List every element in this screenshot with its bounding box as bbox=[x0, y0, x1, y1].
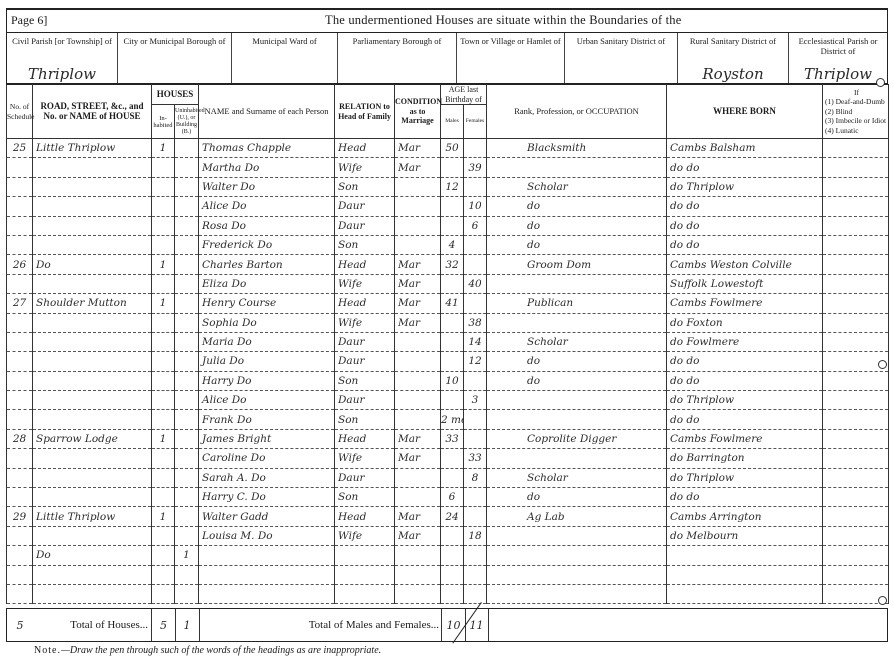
uninhabited-cell bbox=[175, 216, 199, 235]
infirmity-cell bbox=[823, 449, 889, 468]
name-cell: Frederick Do bbox=[199, 235, 335, 254]
name-cell: Walter Gadd bbox=[199, 507, 335, 526]
table-row: Eliza DoWifeMar40Suffolk Lowestoft bbox=[7, 274, 889, 293]
female-age-cell bbox=[464, 488, 487, 507]
occupation-cell: Publican bbox=[487, 294, 667, 313]
male-age-cell bbox=[441, 197, 464, 216]
infirmity-cell bbox=[823, 294, 889, 313]
inhabited-cell bbox=[152, 488, 175, 507]
page-header: Page 6] The undermentioned Houses are si… bbox=[6, 8, 888, 32]
relation-cell: Son bbox=[335, 410, 395, 429]
area-municipal-borough: City or Municipal Borough of bbox=[118, 33, 232, 83]
schedule-cell bbox=[7, 488, 33, 507]
note-prefix: Note. bbox=[34, 645, 61, 656]
male-age-cell bbox=[441, 526, 464, 545]
road-cell bbox=[33, 565, 152, 584]
infirmity-cell bbox=[823, 391, 889, 410]
relation-cell: Head bbox=[335, 139, 395, 158]
occupation-cell: Scholar bbox=[487, 332, 667, 351]
female-age-cell bbox=[464, 584, 487, 603]
inhabited-cell bbox=[152, 449, 175, 468]
schedule-cell bbox=[7, 313, 33, 332]
relation-cell: Wife bbox=[335, 449, 395, 468]
uninhabited-cell bbox=[175, 294, 199, 313]
male-age-cell bbox=[441, 352, 464, 371]
where-born-cell: Cambs Fowlmere bbox=[667, 429, 823, 448]
col-houses: HOUSES bbox=[152, 85, 199, 105]
occupation-cell: Scholar bbox=[487, 177, 667, 196]
female-age-cell: 40 bbox=[464, 274, 487, 293]
infirmity-cell bbox=[823, 332, 889, 351]
road-cell: Sparrow Lodge bbox=[33, 429, 152, 448]
occupation-cell bbox=[487, 546, 667, 565]
schedule-cell bbox=[7, 158, 33, 177]
uninhabited-cell bbox=[175, 235, 199, 254]
male-age-cell bbox=[441, 332, 464, 351]
infirmity-option: (2) Blind bbox=[825, 107, 888, 117]
table-row: Rosa DoDaur6dodo do bbox=[7, 216, 889, 235]
occupation-cell: do bbox=[487, 235, 667, 254]
schedule-cell: 25 bbox=[7, 139, 33, 158]
male-age-cell bbox=[441, 468, 464, 487]
condition-cell: Mar bbox=[395, 526, 441, 545]
name-cell: Caroline Do bbox=[199, 449, 335, 468]
total-schedules: 5 bbox=[7, 609, 33, 641]
condition-cell bbox=[395, 584, 441, 603]
condition-cell bbox=[395, 352, 441, 371]
male-age-cell bbox=[441, 565, 464, 584]
female-age-cell bbox=[464, 177, 487, 196]
male-age-cell bbox=[441, 449, 464, 468]
footnote: Note.—Draw the pen through such of the w… bbox=[34, 645, 381, 656]
name-cell bbox=[199, 546, 335, 565]
road-cell: Do bbox=[33, 255, 152, 274]
name-cell: Julia Do bbox=[199, 352, 335, 371]
col-condition: CONDITION as to Marriage bbox=[395, 85, 441, 139]
table-row: Alice DoDaur3do Thriplow bbox=[7, 391, 889, 410]
relation-cell: Wife bbox=[335, 313, 395, 332]
inhabited-cell bbox=[152, 313, 175, 332]
occupation-cell: do bbox=[487, 197, 667, 216]
inhabited-cell bbox=[152, 197, 175, 216]
where-born-cell bbox=[667, 546, 823, 565]
relation-cell: Wife bbox=[335, 274, 395, 293]
female-age-cell: 33 bbox=[464, 449, 487, 468]
relation-cell: Son bbox=[335, 371, 395, 390]
infirmity-option: (4) Lunatic bbox=[825, 126, 888, 136]
inhabited-cell bbox=[152, 410, 175, 429]
infirmity-cell bbox=[823, 255, 889, 274]
schedule-cell bbox=[7, 584, 33, 603]
road-cell bbox=[33, 526, 152, 545]
relation-cell: Wife bbox=[335, 526, 395, 545]
area-label: Rural Sanitary District of bbox=[678, 36, 788, 46]
col-inhabited: In-habited bbox=[152, 105, 175, 139]
occupation-cell bbox=[487, 565, 667, 584]
schedule-cell bbox=[7, 197, 33, 216]
female-age-cell bbox=[464, 429, 487, 448]
male-age-cell: 50 bbox=[441, 139, 464, 158]
male-age-cell: 4 bbox=[441, 235, 464, 254]
road-cell bbox=[33, 352, 152, 371]
road-cell bbox=[33, 410, 152, 429]
road-cell bbox=[33, 197, 152, 216]
uninhabited-cell bbox=[175, 488, 199, 507]
uninhabited-cell bbox=[175, 468, 199, 487]
col-uninhabited: Uninhabited (U.), or Building (B.) bbox=[175, 105, 199, 139]
road-cell bbox=[33, 216, 152, 235]
infirmity-cell bbox=[823, 197, 889, 216]
area-label: Ecclesiastical Parish or District of bbox=[789, 36, 887, 56]
occupation-cell bbox=[487, 410, 667, 429]
occupation-cell: do bbox=[487, 371, 667, 390]
male-age-cell: 2 mo bbox=[441, 410, 464, 429]
road-cell: Little Thriplow bbox=[33, 139, 152, 158]
occupation-cell bbox=[487, 526, 667, 545]
inhabited-cell: 1 bbox=[152, 507, 175, 526]
condition-cell: Mar bbox=[395, 274, 441, 293]
where-born-cell: Cambs Weston Colville bbox=[667, 255, 823, 274]
road-cell bbox=[33, 584, 152, 603]
condition-cell bbox=[395, 488, 441, 507]
female-age-cell: 10 bbox=[464, 197, 487, 216]
name-cell: James Bright bbox=[199, 429, 335, 448]
col-schedule: No. of Schedule bbox=[7, 85, 33, 139]
inhabited-cell bbox=[152, 158, 175, 177]
area-municipal-ward: Municipal Ward of bbox=[232, 33, 338, 83]
table-row: Frank DoSon2 modo do bbox=[7, 410, 889, 429]
uninhabited-cell bbox=[175, 177, 199, 196]
occupation-cell bbox=[487, 584, 667, 603]
schedule-cell bbox=[7, 235, 33, 254]
infirmity-cell bbox=[823, 565, 889, 584]
infirmity-cell bbox=[823, 507, 889, 526]
table-row: 27Shoulder Mutton1Henry CourseHeadMar41P… bbox=[7, 294, 889, 313]
infirmity-cell bbox=[823, 429, 889, 448]
name-cell bbox=[199, 584, 335, 603]
road-cell: Do bbox=[33, 546, 152, 565]
area-ecclesiastical-parish: Ecclesiastical Parish or District of Thr… bbox=[789, 33, 887, 83]
relation-cell bbox=[335, 565, 395, 584]
condition-cell: Mar bbox=[395, 507, 441, 526]
uninhabited-cell bbox=[175, 507, 199, 526]
col-relation: RELATION to Head of Family bbox=[335, 85, 395, 139]
relation-cell bbox=[335, 546, 395, 565]
table-row: 25Little Thriplow1Thomas ChappleHeadMar5… bbox=[7, 139, 889, 158]
schedule-cell bbox=[7, 332, 33, 351]
female-age-cell bbox=[464, 139, 487, 158]
where-born-cell: do Thriplow bbox=[667, 468, 823, 487]
condition-cell: Mar bbox=[395, 313, 441, 332]
infirmity-option: (3) Imbecile or Idiot bbox=[825, 116, 888, 126]
female-age-cell: 3 bbox=[464, 391, 487, 410]
female-age-cell bbox=[464, 235, 487, 254]
where-born-cell: do Foxton bbox=[667, 313, 823, 332]
table-row: 29Little Thriplow1Walter GaddHeadMar24Ag… bbox=[7, 507, 889, 526]
relation-cell: Daur bbox=[335, 216, 395, 235]
total-females: 11 bbox=[465, 609, 489, 641]
col-males: Males bbox=[441, 105, 464, 139]
condition-cell bbox=[395, 332, 441, 351]
relation-cell: Daur bbox=[335, 352, 395, 371]
area-rural-sanitary: Rural Sanitary District of Royston bbox=[678, 33, 789, 83]
area-value: Thriplow bbox=[7, 69, 117, 79]
total-inhabited: 5 bbox=[152, 609, 176, 641]
male-age-cell bbox=[441, 274, 464, 293]
where-born-cell: Cambs Fowlmere bbox=[667, 294, 823, 313]
relation-cell: Wife bbox=[335, 158, 395, 177]
male-age-cell: 32 bbox=[441, 255, 464, 274]
schedule-cell bbox=[7, 177, 33, 196]
schedule-cell bbox=[7, 565, 33, 584]
condition-cell: Mar bbox=[395, 139, 441, 158]
uninhabited-cell bbox=[175, 429, 199, 448]
uninhabited-cell bbox=[175, 352, 199, 371]
where-born-cell: do do bbox=[667, 216, 823, 235]
occupation-cell bbox=[487, 158, 667, 177]
condition-cell: Mar bbox=[395, 429, 441, 448]
condition-cell bbox=[395, 371, 441, 390]
inhabited-cell bbox=[152, 546, 175, 565]
area-label: Parliamentary Borough of bbox=[338, 36, 456, 46]
inhabited-cell bbox=[152, 352, 175, 371]
female-age-cell: 6 bbox=[464, 216, 487, 235]
name-cell: Martha Do bbox=[199, 158, 335, 177]
road-cell bbox=[33, 488, 152, 507]
infirmity-cell bbox=[823, 313, 889, 332]
female-age-cell: 38 bbox=[464, 313, 487, 332]
road-cell bbox=[33, 332, 152, 351]
inhabited-cell bbox=[152, 274, 175, 293]
relation-cell: Son bbox=[335, 488, 395, 507]
table-row: Julia DoDaur12dodo do bbox=[7, 352, 889, 371]
table-row: Harry C. DoSon6dodo do bbox=[7, 488, 889, 507]
name-cell: Louisa M. Do bbox=[199, 526, 335, 545]
inhabited-cell: 1 bbox=[152, 294, 175, 313]
inhabited-cell: 1 bbox=[152, 255, 175, 274]
area-parliamentary-borough: Parliamentary Borough of bbox=[338, 33, 457, 83]
where-born-cell: Cambs Arrington bbox=[667, 507, 823, 526]
col-females: Females bbox=[464, 105, 487, 139]
name-cell: Sarah A. Do bbox=[199, 468, 335, 487]
infirmity-cell bbox=[823, 546, 889, 565]
schedule-cell bbox=[7, 449, 33, 468]
table-row: Frederick DoSon4dodo do bbox=[7, 235, 889, 254]
infirmity-cell bbox=[823, 216, 889, 235]
occupation-cell bbox=[487, 274, 667, 293]
col-infirmity: If (1) Deaf-and-Dumb (2) Blind (3) Imbec… bbox=[823, 85, 889, 139]
female-age-cell: 39 bbox=[464, 158, 487, 177]
male-age-cell: 6 bbox=[441, 488, 464, 507]
female-age-cell: 12 bbox=[464, 352, 487, 371]
col-road: ROAD, STREET, &c., and No. or NAME of HO… bbox=[33, 85, 152, 139]
relation-cell bbox=[335, 584, 395, 603]
condition-cell bbox=[395, 391, 441, 410]
occupation-cell: Blacksmith bbox=[487, 139, 667, 158]
condition-cell bbox=[395, 565, 441, 584]
occupation-cell: do bbox=[487, 488, 667, 507]
road-cell bbox=[33, 313, 152, 332]
name-cell: Walter Do bbox=[199, 177, 335, 196]
area-town-village: Town or Village or Hamlet of bbox=[457, 33, 565, 83]
infirmity-cell bbox=[823, 139, 889, 158]
name-cell: Henry Course bbox=[199, 294, 335, 313]
binding-hole-icon bbox=[878, 360, 887, 369]
male-age-cell bbox=[441, 158, 464, 177]
female-age-cell bbox=[464, 255, 487, 274]
road-cell bbox=[33, 391, 152, 410]
page-number: Page 6] bbox=[11, 13, 47, 28]
schedule-cell bbox=[7, 468, 33, 487]
uninhabited-cell bbox=[175, 391, 199, 410]
female-age-cell bbox=[464, 565, 487, 584]
area-civil-parish: Civil Parish [or Township] of Thriplow bbox=[7, 33, 118, 83]
inhabited-cell bbox=[152, 391, 175, 410]
relation-cell: Head bbox=[335, 255, 395, 274]
inhabited-cell bbox=[152, 526, 175, 545]
schedule-cell bbox=[7, 546, 33, 565]
name-cell: Charles Barton bbox=[199, 255, 335, 274]
name-cell: Alice Do bbox=[199, 391, 335, 410]
uninhabited-cell bbox=[175, 255, 199, 274]
table-row: Martha DoWifeMar39do do bbox=[7, 158, 889, 177]
schedule-cell: 28 bbox=[7, 429, 33, 448]
schedule-cell bbox=[7, 371, 33, 390]
administrative-areas-row: Civil Parish [or Township] of Thriplow C… bbox=[6, 32, 888, 84]
area-label: Urban Sanitary District of bbox=[565, 36, 677, 46]
table-row: Alice DoDaur10dodo do bbox=[7, 197, 889, 216]
area-value: Royston bbox=[678, 69, 788, 79]
name-cell: Sophia Do bbox=[199, 313, 335, 332]
uninhabited-cell bbox=[175, 449, 199, 468]
condition-cell bbox=[395, 546, 441, 565]
uninhabited-cell bbox=[175, 565, 199, 584]
relation-cell: Daur bbox=[335, 391, 395, 410]
boundary-banner: The undermentioned Houses are situate wi… bbox=[325, 13, 682, 28]
area-label: Town or Village or Hamlet of bbox=[457, 36, 564, 46]
occupation-cell: do bbox=[487, 352, 667, 371]
where-born-cell: do Thriplow bbox=[667, 391, 823, 410]
condition-cell: Mar bbox=[395, 158, 441, 177]
household-table: No. of Schedule ROAD, STREET, &c., and N… bbox=[6, 84, 889, 604]
female-age-cell bbox=[464, 546, 487, 565]
area-urban-sanitary: Urban Sanitary District of bbox=[565, 33, 678, 83]
where-born-cell bbox=[667, 584, 823, 603]
schedule-cell bbox=[7, 216, 33, 235]
name-cell: Rosa Do bbox=[199, 216, 335, 235]
occupation-cell bbox=[487, 313, 667, 332]
where-born-cell: do do bbox=[667, 371, 823, 390]
uninhabited-cell bbox=[175, 158, 199, 177]
binding-hole-icon bbox=[876, 78, 885, 87]
name-cell: Thomas Chapple bbox=[199, 139, 335, 158]
col-where-born: WHERE BORN bbox=[667, 85, 823, 139]
name-cell: Harry Do bbox=[199, 371, 335, 390]
relation-cell: Head bbox=[335, 429, 395, 448]
table-row bbox=[7, 584, 889, 603]
male-age-cell: 12 bbox=[441, 177, 464, 196]
occupation-cell bbox=[487, 391, 667, 410]
table-row: 26Do1Charles BartonHeadMar32Groom DomCam… bbox=[7, 255, 889, 274]
male-age-cell bbox=[441, 313, 464, 332]
male-age-cell bbox=[441, 546, 464, 565]
female-age-cell bbox=[464, 294, 487, 313]
table-row: Caroline DoWifeMar33do Barrington bbox=[7, 449, 889, 468]
where-born-cell: do Melbourn bbox=[667, 526, 823, 545]
binding-hole-icon bbox=[878, 596, 887, 605]
infirmity-cell bbox=[823, 371, 889, 390]
uninhabited-cell bbox=[175, 584, 199, 603]
female-age-cell: 18 bbox=[464, 526, 487, 545]
uninhabited-cell bbox=[175, 313, 199, 332]
infirmity-cell bbox=[823, 158, 889, 177]
table-row: Sarah A. DoDaur8Scholardo Thriplow bbox=[7, 468, 889, 487]
condition-cell: Mar bbox=[395, 449, 441, 468]
area-label: City or Municipal Borough of bbox=[118, 36, 231, 46]
relation-cell: Daur bbox=[335, 468, 395, 487]
col-name: NAME and Surname of each Person bbox=[199, 85, 335, 139]
where-born-cell: do do bbox=[667, 158, 823, 177]
where-born-cell: do do bbox=[667, 488, 823, 507]
relation-cell: Head bbox=[335, 507, 395, 526]
female-age-cell bbox=[464, 507, 487, 526]
condition-cell: Mar bbox=[395, 294, 441, 313]
road-cell bbox=[33, 371, 152, 390]
occupation-cell: Groom Dom bbox=[487, 255, 667, 274]
where-born-cell: do Thriplow bbox=[667, 177, 823, 196]
road-cell bbox=[33, 235, 152, 254]
relation-cell: Daur bbox=[335, 197, 395, 216]
area-label: Municipal Ward of bbox=[232, 36, 337, 46]
male-age-cell: 33 bbox=[441, 429, 464, 448]
male-age-cell: 10 bbox=[441, 371, 464, 390]
female-age-cell: 8 bbox=[464, 468, 487, 487]
schedule-cell bbox=[7, 352, 33, 371]
inhabited-cell: 1 bbox=[152, 139, 175, 158]
inhabited-cell: 1 bbox=[152, 429, 175, 448]
road-cell bbox=[33, 468, 152, 487]
schedule-cell bbox=[7, 391, 33, 410]
infirmity-cell bbox=[823, 235, 889, 254]
area-value: Thriplow bbox=[789, 69, 887, 79]
infirmity-cell bbox=[823, 274, 889, 293]
table-row: Maria DoDaur14Scholardo Fowlmere bbox=[7, 332, 889, 351]
census-page: Page 6] The undermentioned Houses are si… bbox=[6, 8, 888, 648]
col-occupation: Rank, Profession, or OCCUPATION bbox=[487, 85, 667, 139]
schedule-cell: 26 bbox=[7, 255, 33, 274]
inhabited-cell bbox=[152, 584, 175, 603]
condition-cell bbox=[395, 197, 441, 216]
uninhabited-cell bbox=[175, 274, 199, 293]
female-age-cell: 14 bbox=[464, 332, 487, 351]
table-row: Walter DoSon12Scholardo Thriplow bbox=[7, 177, 889, 196]
schedule-cell bbox=[7, 274, 33, 293]
name-cell: Alice Do bbox=[199, 197, 335, 216]
totals-row: 5 Total of Houses... 5 1 Total of Males … bbox=[6, 608, 888, 642]
road-cell bbox=[33, 177, 152, 196]
where-born-cell: do do bbox=[667, 410, 823, 429]
total-persons-label: Total of Males and Females... bbox=[199, 609, 442, 641]
male-age-cell bbox=[441, 391, 464, 410]
road-cell: Shoulder Mutton bbox=[33, 294, 152, 313]
where-born-cell: do Fowlmere bbox=[667, 332, 823, 351]
infirmity-cell bbox=[823, 488, 889, 507]
road-cell bbox=[33, 449, 152, 468]
schedule-cell bbox=[7, 526, 33, 545]
table-row: 28Sparrow Lodge1James BrightHeadMar33Cop… bbox=[7, 429, 889, 448]
relation-cell: Son bbox=[335, 235, 395, 254]
uninhabited-cell: 1 bbox=[175, 546, 199, 565]
